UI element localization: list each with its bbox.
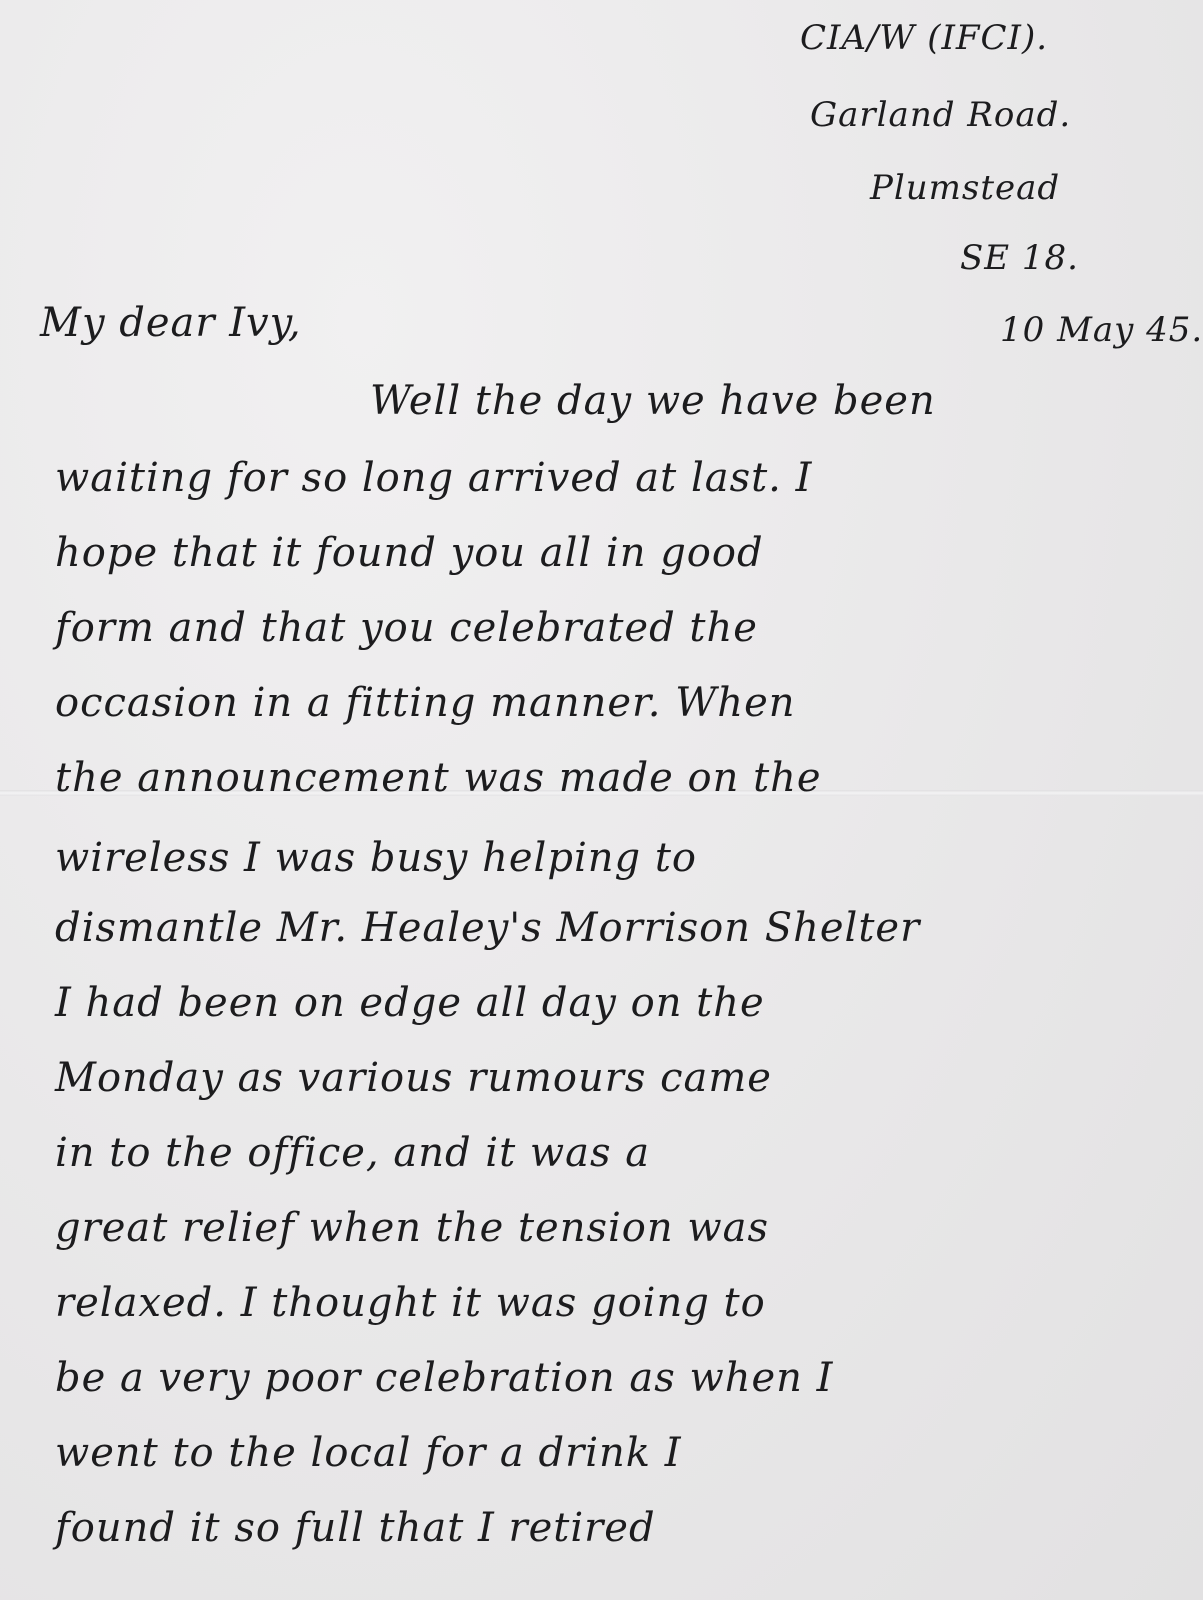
body-line: I had been on edge all day on the xyxy=(55,980,765,1026)
body-line: relaxed. I thought it was going to xyxy=(55,1280,766,1326)
body-line: form and that you celebrated the xyxy=(55,605,758,651)
body-line: in to the office, and it was a xyxy=(55,1130,650,1176)
body-line: the announcement was made on the xyxy=(55,755,822,801)
body-line: hope that it found you all in good xyxy=(55,530,764,576)
address-line-4: SE 18. xyxy=(960,238,1079,278)
body-line: Monday as various rumours came xyxy=(55,1055,772,1101)
body-line: dismantle Mr. Healey's Morrison Shelter xyxy=(55,905,920,951)
letter-page: CIA/W (IFCI). Garland Road. Plumstead SE… xyxy=(0,0,1203,1600)
body-line: found it so full that I retired xyxy=(55,1505,656,1551)
body-line: be a very poor celebration as when I xyxy=(55,1355,833,1401)
body-line: waiting for so long arrived at last. I xyxy=(55,455,812,501)
letter-date: 10 May 45. xyxy=(1000,310,1203,350)
address-line-1: CIA/W (IFCI). xyxy=(800,18,1048,58)
body-line: occasion in a fitting manner. When xyxy=(55,680,796,726)
address-line-2: Garland Road. xyxy=(810,95,1071,135)
address-line-3: Plumstead xyxy=(870,168,1060,208)
body-line: Well the day we have been xyxy=(370,378,936,424)
body-line: great relief when the tension was xyxy=(55,1205,769,1251)
body-line: went to the local for a drink I xyxy=(55,1430,682,1476)
body-line: wireless I was busy helping to xyxy=(55,835,697,881)
salutation: My dear Ivy, xyxy=(40,300,302,346)
